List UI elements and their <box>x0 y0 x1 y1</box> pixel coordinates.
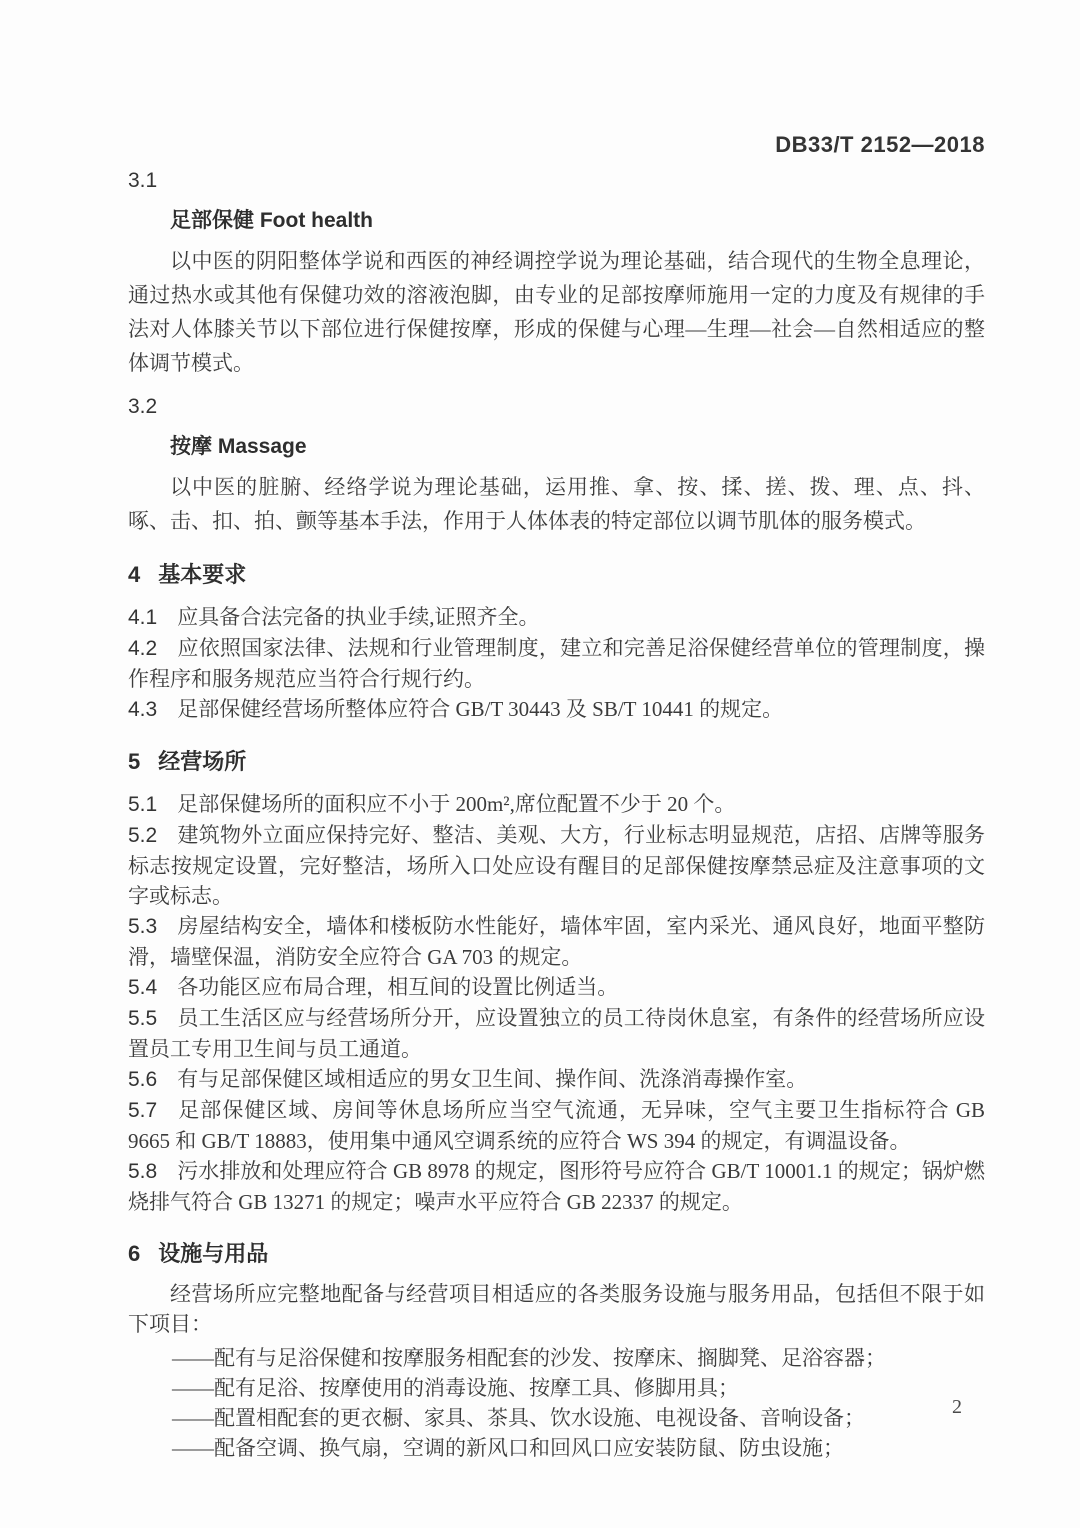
section-intro: 经营场所应完整地配备与经营项目相适应的各类服务设施与服务用品，包括但不限于如下项… <box>128 1279 985 1339</box>
clause-item: 5.7足部保健区域、房间等休息场所应当空气流通，无异味，空气主要卫生指标符合 G… <box>128 1095 985 1156</box>
clause-body: 以中医的阴阳整体学说和西医的神经调控学说为理论基础，结合现代的生物全息理论，通过… <box>128 244 985 380</box>
document-page: DB33/T 2152—2018 3.1 足部保健 Foot health 以中… <box>0 0 1080 1528</box>
clause-item: 5.6有与足部保健区域相适应的男女卫生间、操作间、洗涤消毒操作室。 <box>128 1064 985 1095</box>
clause-item: 5.4各功能区应布局合理，相互间的设置比例适当。 <box>128 972 985 1003</box>
dash-list-item: ——配有足浴、按摩使用的消毒设施、按摩工具、修脚用具； <box>128 1373 985 1403</box>
dash-list-item: ——配有与足浴保健和按摩服务相配套的沙发、按摩床、搁脚凳、足浴容器； <box>128 1343 985 1373</box>
item-text: 污水排放和处理应符合 GB 8978 的规定，图形符号应符合 GB/T 1000… <box>128 1159 985 1214</box>
dash-list-item: ——配备空调、换气扇，空调的新风口和回风口应安装防鼠、防虫设施； <box>128 1433 985 1463</box>
item-number: 4.2 <box>128 637 157 660</box>
item-number: 5.7 <box>128 1099 157 1122</box>
clause-3-2: 3.2 按摩 Massage 以中医的脏腑、经络学说为理论基础，运用推、拿、按、… <box>128 392 985 538</box>
item-text: 足部保健场所的面积应不小于 200m²,席位配置不少于 20 个。 <box>177 792 735 816</box>
section-number: 5 <box>128 749 140 774</box>
item-text: 足部保健经营场所整体应符合 GB/T 30443 及 SB/T 10441 的规… <box>177 697 783 721</box>
doc-number: DB33/T 2152—2018 <box>128 132 985 158</box>
section-title: 经营场所 <box>158 749 246 774</box>
dash-list-item: ——配置相配套的更衣橱、家具、茶具、饮水设施、电视设备、音响设备； <box>128 1403 985 1433</box>
clause-item: 4.1应具备合法完备的执业手续,证照齐全。 <box>128 602 985 633</box>
clause-item: 5.8污水排放和处理应符合 GB 8978 的规定，图形符号应符合 GB/T 1… <box>128 1156 985 1217</box>
section-items: 5.1足部保健场所的面积应不小于 200m²,席位配置不少于 20 个。 5.2… <box>128 789 985 1217</box>
item-text: 建筑物外立面应保持完好、整洁、美观、大方，行业标志明显规范，店招、店牌等服务标志… <box>128 823 985 908</box>
item-text: 足部保健区域、房间等休息场所应当空气流通，无异味，空气主要卫生指标符合 GB 9… <box>128 1098 985 1153</box>
clause-body: 以中医的脏腑、经络学说为理论基础，运用推、拿、按、揉、搓、拨、理、点、抖、啄、击… <box>128 470 985 538</box>
section-items: 4.1应具备合法完备的执业手续,证照齐全。 4.2应依照国家法律、法规和行业管理… <box>128 602 985 725</box>
clause-3-1: 3.1 足部保健 Foot health 以中医的阴阳整体学说和西医的神经调控学… <box>128 166 985 380</box>
term-title: 按摩 Massage <box>128 432 985 462</box>
section-heading: 6设施与用品 <box>128 1239 985 1269</box>
item-text: 有与足部保健区域相适应的男女卫生间、操作间、洗涤消毒操作室。 <box>177 1067 807 1091</box>
clause-item: 5.5员工生活区应与经营场所分开，应设置独立的员工待岗休息室，有条件的经营场所应… <box>128 1003 985 1064</box>
section-title: 基本要求 <box>158 562 246 587</box>
clause-number: 3.1 <box>128 166 985 196</box>
section-4: 4基本要求 4.1应具备合法完备的执业手续,证照齐全。 4.2应依照国家法律、法… <box>128 560 985 725</box>
clause-item: 5.1足部保健场所的面积应不小于 200m²,席位配置不少于 20 个。 <box>128 789 985 820</box>
section-heading: 5经营场所 <box>128 747 985 777</box>
item-number: 4.3 <box>128 698 157 721</box>
section-5: 5经营场所 5.1足部保健场所的面积应不小于 200m²,席位配置不少于 20 … <box>128 747 985 1217</box>
clause-item: 5.2建筑物外立面应保持完好、整洁、美观、大方，行业标志明显规范，店招、店牌等服… <box>128 820 985 911</box>
section-number: 4 <box>128 562 140 587</box>
item-number: 4.1 <box>128 606 157 629</box>
clause-item: 5.3房屋结构安全，墙体和楼板防水性能好，墙体牢固，室内采光、通风良好，地面平整… <box>128 911 985 972</box>
item-number: 5.3 <box>128 915 157 938</box>
item-number: 5.6 <box>128 1068 157 1091</box>
item-text: 房屋结构安全，墙体和楼板防水性能好，墙体牢固，室内采光、通风良好，地面平整防滑，… <box>128 914 985 969</box>
section-number: 6 <box>128 1241 140 1266</box>
page-number: 2 <box>952 1396 962 1419</box>
item-number: 5.1 <box>128 793 157 816</box>
dash-list: ——配有与足浴保健和按摩服务相配套的沙发、按摩床、搁脚凳、足浴容器； ——配有足… <box>128 1343 985 1463</box>
item-text: 应依照国家法律、法规和行业管理制度，建立和完善足浴保健经营单位的管理制度，操作程… <box>128 636 985 691</box>
clause-item: 4.2应依照国家法律、法规和行业管理制度，建立和完善足浴保健经营单位的管理制度，… <box>128 633 985 694</box>
clause-item: 4.3足部保健经营场所整体应符合 GB/T 30443 及 SB/T 10441… <box>128 694 985 725</box>
item-number: 5.8 <box>128 1160 157 1183</box>
item-text: 员工生活区应与经营场所分开，应设置独立的员工待岗休息室，有条件的经营场所应设置员… <box>128 1006 985 1061</box>
item-number: 5.2 <box>128 824 157 847</box>
section-6: 6设施与用品 经营场所应完整地配备与经营项目相适应的各类服务设施与服务用品，包括… <box>128 1239 985 1463</box>
section-title: 设施与用品 <box>158 1241 268 1266</box>
section-heading: 4基本要求 <box>128 560 985 590</box>
item-number: 5.4 <box>128 976 157 999</box>
item-text: 各功能区应布局合理，相互间的设置比例适当。 <box>177 975 618 999</box>
term-title: 足部保健 Foot health <box>128 206 985 236</box>
item-number: 5.5 <box>128 1007 157 1030</box>
item-text: 应具备合法完备的执业手续,证照齐全。 <box>177 605 539 629</box>
clause-number: 3.2 <box>128 392 985 422</box>
